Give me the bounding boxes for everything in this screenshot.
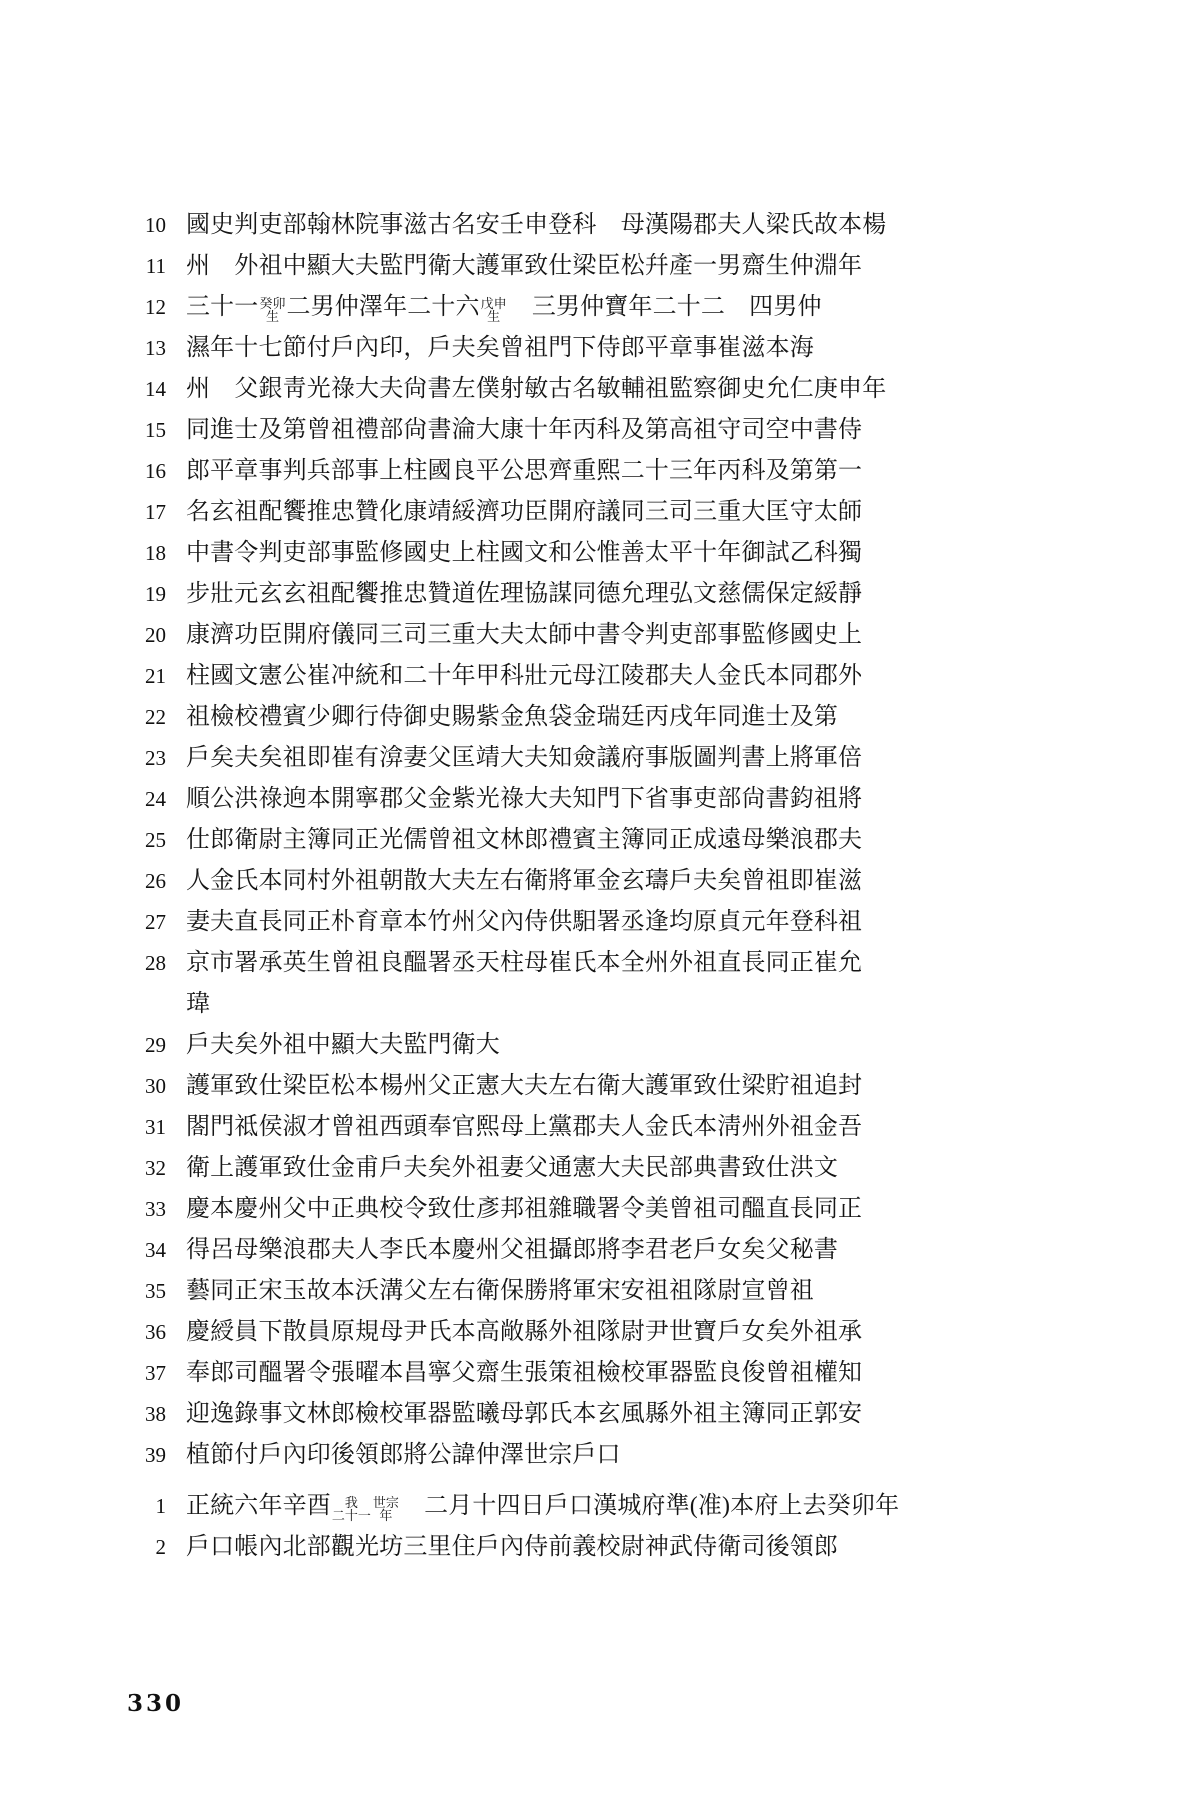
inline-annotation: 世宗年 <box>373 1496 399 1522</box>
document-line: 19步壯元玄玄祖配饗推忠贊道佐理協謀同德允理弘文慈儒保定綏靜 <box>0 576 1200 617</box>
line-text: 郎平章事判兵部事上柱國良平公思齊重熙二十三年丙科及第第一 <box>186 453 862 489</box>
line-number: 21 <box>0 658 166 689</box>
line-number: 14 <box>0 371 166 402</box>
line-text: 國史判吏部翰林院事滋古名安壬申登科 母漢陽郡夫人梁氏故本楊 <box>186 207 886 243</box>
page-number: 330 <box>127 1690 184 1717</box>
line-text: 戶口帳內北部觀光坊三里住戶內侍前義校尉神武侍衛司後領郎 <box>186 1529 838 1565</box>
line-text: 州 父銀靑光祿大夫尙書左僕射敏古名敏輔祖監察御史允仁庚申年 <box>186 371 886 407</box>
document-line: 14州 父銀靑光祿大夫尙書左僕射敏古名敏輔祖監察御史允仁庚申年 <box>0 371 1200 412</box>
line-number: 30 <box>0 1068 166 1099</box>
line-number: 35 <box>0 1273 166 1304</box>
inline-annotation: 戊申生 <box>481 297 507 323</box>
document-line: 34得呂母樂浪郡夫人李氏本慶州父祖攝郎將李君老戶女矣父秘書 <box>0 1232 1200 1273</box>
line-number: 29 <box>0 1027 166 1058</box>
inline-annotation: 癸卯生 <box>259 297 285 323</box>
line-number: 23 <box>0 740 166 771</box>
line-number: 28 <box>0 945 166 976</box>
line-number: 37 <box>0 1355 166 1386</box>
document-line: 39植節付戶內印後領郎將公諱仲澤世宗戶口 <box>0 1437 1200 1478</box>
line-number: 1 <box>0 1488 166 1519</box>
line-text: 康濟功臣開府儀同三司三重大夫太師中書令判吏部事監修國史上 <box>186 617 862 653</box>
line-text: 藝同正宋玉故本沃溝父左右衛保勝將軍宋安祖祖隊尉宣曾祖 <box>186 1273 814 1309</box>
line-text: 名玄祖配饗推忠贊化康靖綏濟功臣開府議同三司三重大匡守太師 <box>186 494 862 530</box>
line-number: 38 <box>0 1396 166 1427</box>
line-text: 護軍致仕梁臣松本楊州父正憲大夫左右衛大護軍致仕梁貯祖追封 <box>186 1068 862 1104</box>
line-number: 32 <box>0 1150 166 1181</box>
line-text: 州 外祖中顯大夫監門衛大護軍致仕梁臣松幷產一男齋生仲淵年 <box>186 248 862 284</box>
line-text: 柱國文憲公崔冲統和二十年甲科壯元母江陵郡夫人金氏本同郡外 <box>186 658 862 694</box>
inline-annotation: 我二十一 <box>332 1496 371 1522</box>
line-number: 25 <box>0 822 166 853</box>
document-line: 21柱國文憲公崔冲統和二十年甲科壯元母江陵郡夫人金氏本同郡外 <box>0 658 1200 699</box>
line-number: 27 <box>0 904 166 935</box>
line-text: 祖檢校禮賓少卿行侍御史賜紫金魚袋金瑞廷丙戌年同進士及第 <box>186 699 838 735</box>
document-line: 29戶夫矣外祖中顯大夫監門衛大 <box>0 1027 1200 1068</box>
line-text: 順公洪祿逈本開寧郡父金紫光祿大夫知門下省事吏部尙書鈞祖將 <box>186 781 862 817</box>
document-line: 26人金氏本同村外祖朝散大夫左右衛將軍金玄璹戶夫矣曾祖即崔滋 <box>0 863 1200 904</box>
document-line: 36慶綬員下散員原規母尹氏本高敞縣外祖隊尉尹世寶戶女矣外祖承 <box>0 1314 1200 1355</box>
line-number: 22 <box>0 699 166 730</box>
document-line: 31閤門祗侯淑才曾祖西頭奉官熙母上黨郡夫人金氏本淸州外祖金吾 <box>0 1109 1200 1150</box>
line-text: 步壯元玄玄祖配饗推忠贊道佐理協謀同德允理弘文慈儒保定綏靜 <box>186 576 862 612</box>
line-number: 11 <box>0 248 166 279</box>
document-line: 28京市署承英生曾祖良醞署丞天柱母崔氏本全州外祖直長同正崔允 <box>0 945 1200 986</box>
line-text: 衛上護軍致仕金甫戶夫矣外祖妻父通憲大夫民部典書致仕洪文 <box>186 1150 838 1186</box>
line-number: 19 <box>0 576 166 607</box>
document-line: 17名玄祖配饗推忠贊化康靖綏濟功臣開府議同三司三重大匡守太師 <box>0 494 1200 535</box>
document-line: 25仕郎衛尉主簿同正光儒曾祖文林郎禮賓主簿同正成遠母樂浪郡夫 <box>0 822 1200 863</box>
line-text: 得呂母樂浪郡夫人李氏本慶州父祖攝郎將李君老戶女矣父秘書 <box>186 1232 838 1268</box>
line-number: 39 <box>0 1437 166 1468</box>
document-line: 13濕年十七節付戶內印，戶夫矣曾祖門下侍郎平章事崔滋本海 <box>0 330 1200 371</box>
line-text: 瑋 <box>186 986 210 1022</box>
line-text: 中書令判吏部事監修國史上柱國文和公惟善太平十年御試乙科獨 <box>186 535 862 571</box>
document-line: 1正統六年辛酉我二十一世宗年 二月十四日戶口漢城府準(准)本府上去癸卯年 <box>0 1488 1200 1529</box>
line-number: 26 <box>0 863 166 894</box>
line-text: 植節付戶內印後領郎將公諱仲澤世宗戶口 <box>186 1437 621 1473</box>
line-number: 34 <box>0 1232 166 1263</box>
line-number: 17 <box>0 494 166 525</box>
line-text: 京市署承英生曾祖良醞署丞天柱母崔氏本全州外祖直長同正崔允 <box>186 945 862 981</box>
line-number: 36 <box>0 1314 166 1345</box>
document-line: 16郎平章事判兵部事上柱國良平公思齊重熙二十三年丙科及第第一 <box>0 453 1200 494</box>
document-line: 15同進士及第曾祖禮部尙書淪大康十年丙科及第高祖守司空中書侍 <box>0 412 1200 453</box>
line-number <box>0 986 166 992</box>
line-text: 濕年十七節付戶內印，戶夫矣曾祖門下侍郎平章事崔滋本海 <box>186 330 814 366</box>
line-number: 31 <box>0 1109 166 1140</box>
document-body: 10國史判吏部翰林院事滋古名安壬申登科 母漢陽郡夫人梁氏故本楊11州 外祖中顯大… <box>0 207 1200 1570</box>
line-text: 慶本慶州父中正典校令致仕彥邦祖雜職署令美曾祖司醞直長同正 <box>186 1191 862 1227</box>
line-number: 16 <box>0 453 166 484</box>
document-line: 10國史判吏部翰林院事滋古名安壬申登科 母漢陽郡夫人梁氏故本楊 <box>0 207 1200 248</box>
line-text: 仕郎衛尉主簿同正光儒曾祖文林郎禮賓主簿同正成遠母樂浪郡夫 <box>186 822 862 858</box>
document-line: 24順公洪祿逈本開寧郡父金紫光祿大夫知門下省事吏部尙書鈞祖將 <box>0 781 1200 822</box>
line-text: 迎逸錄事文林郎檢校軍器監曦母郭氏本玄風縣外祖主簿同正郭安 <box>186 1396 862 1432</box>
line-number: 13 <box>0 330 166 361</box>
document-line: 11州 外祖中顯大夫監門衛大護軍致仕梁臣松幷產一男齋生仲淵年 <box>0 248 1200 289</box>
document-line: 20康濟功臣開府儀同三司三重大夫太師中書令判吏部事監修國史上 <box>0 617 1200 658</box>
line-number: 20 <box>0 617 166 648</box>
document-line: 38迎逸錄事文林郎檢校軍器監曦母郭氏本玄風縣外祖主簿同正郭安 <box>0 1396 1200 1437</box>
line-text: 慶綬員下散員原規母尹氏本高敞縣外祖隊尉尹世寶戶女矣外祖承 <box>186 1314 862 1350</box>
document-line: 23戶矣夫矣祖即崔有渰妻父匡靖大夫知僉議府事版圖判書上將軍倍 <box>0 740 1200 781</box>
line-number: 15 <box>0 412 166 443</box>
line-text: 戶夫矣外祖中顯大夫監門衛大 <box>186 1027 500 1063</box>
document-line: 30護軍致仕梁臣松本楊州父正憲大夫左右衛大護軍致仕梁貯祖追封 <box>0 1068 1200 1109</box>
document-line: 37奉郎司醞署令張曜本昌寧父齋生張策祖檢校軍器監良俊曾祖權知 <box>0 1355 1200 1396</box>
document-line: 12三十一癸卯生二男仲澤年二十六戊申生 三男仲寶年二十二 四男仲 <box>0 289 1200 330</box>
line-text: 閤門祗侯淑才曾祖西頭奉官熙母上黨郡夫人金氏本淸州外祖金吾 <box>186 1109 862 1145</box>
line-text: 正統六年辛酉我二十一世宗年 二月十四日戶口漢城府準(准)本府上去癸卯年 <box>186 1488 899 1524</box>
document-line: 2戶口帳內北部觀光坊三里住戶內侍前義校尉神武侍衛司後領郎 <box>0 1529 1200 1570</box>
document-line: 32衛上護軍致仕金甫戶夫矣外祖妻父通憲大夫民部典書致仕洪文 <box>0 1150 1200 1191</box>
document-line: 33慶本慶州父中正典校令致仕彥邦祖雜職署令美曾祖司醞直長同正 <box>0 1191 1200 1232</box>
document-line: 35藝同正宋玉故本沃溝父左右衛保勝將軍宋安祖祖隊尉宣曾祖 <box>0 1273 1200 1314</box>
line-number: 24 <box>0 781 166 812</box>
document-line: 18中書令判吏部事監修國史上柱國文和公惟善太平十年御試乙科獨 <box>0 535 1200 576</box>
document-line: 瑋 <box>0 986 1200 1027</box>
line-number: 18 <box>0 535 166 566</box>
line-text: 同進士及第曾祖禮部尙書淪大康十年丙科及第高祖守司空中書侍 <box>186 412 862 448</box>
document-line: 27妻夫直長同正朴育章本竹州父內侍供馹署丞逢均原貞元年登科祖 <box>0 904 1200 945</box>
line-text: 妻夫直長同正朴育章本竹州父內侍供馹署丞逢均原貞元年登科祖 <box>186 904 862 940</box>
line-text: 奉郎司醞署令張曜本昌寧父齋生張策祖檢校軍器監良俊曾祖權知 <box>186 1355 862 1391</box>
line-number: 33 <box>0 1191 166 1222</box>
line-number: 10 <box>0 207 166 238</box>
document-line: 22祖檢校禮賓少卿行侍御史賜紫金魚袋金瑞廷丙戌年同進士及第 <box>0 699 1200 740</box>
line-text: 三十一癸卯生二男仲澤年二十六戊申生 三男仲寶年二十二 四男仲 <box>186 289 822 325</box>
line-number: 12 <box>0 289 166 320</box>
line-number: 2 <box>0 1529 166 1560</box>
line-text: 人金氏本同村外祖朝散大夫左右衛將軍金玄璹戶夫矣曾祖即崔滋 <box>186 863 862 899</box>
line-text: 戶矣夫矣祖即崔有渰妻父匡靖大夫知僉議府事版圖判書上將軍倍 <box>186 740 862 776</box>
